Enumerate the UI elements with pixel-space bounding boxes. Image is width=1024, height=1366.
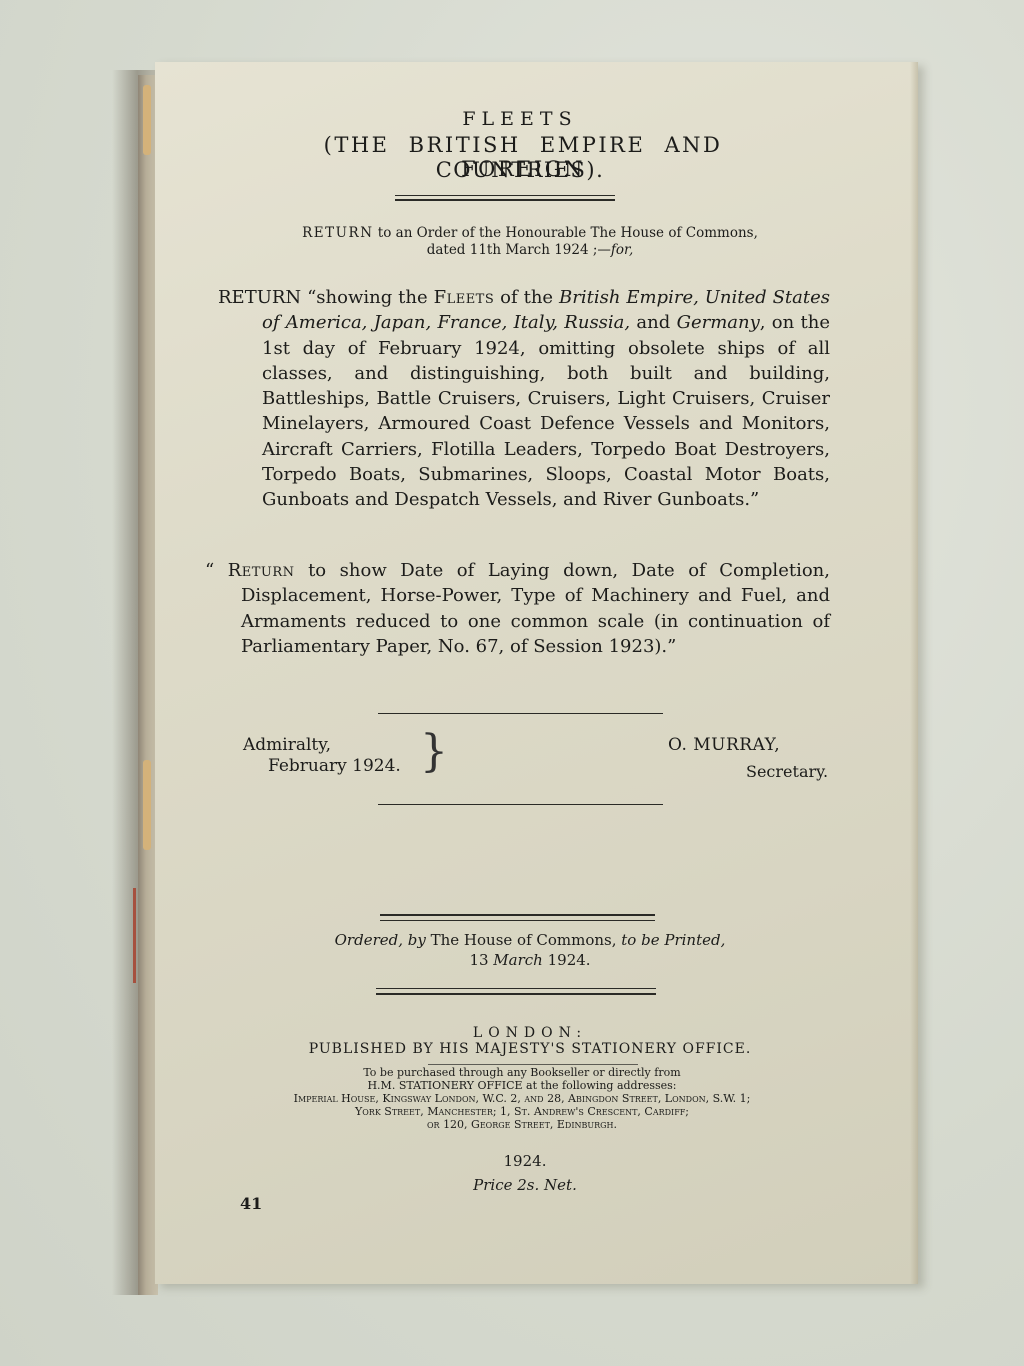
fleets-term: Fleets	[434, 287, 495, 308]
title-rule-thin	[395, 195, 615, 196]
address-line-1: To be purchased through any Bookseller o…	[212, 1066, 832, 1079]
order-text-2: dated 11th March 1924 ;—	[427, 242, 611, 258]
price: Price 2s. Net.	[420, 1176, 630, 1194]
ordered-day: 13	[469, 951, 493, 969]
return-body-2: to show Date of Laying down, Date of Com…	[241, 560, 830, 657]
ordered-month: March	[493, 951, 543, 969]
signature-place: Admiralty,	[243, 735, 331, 755]
signatory-role: Secretary.	[746, 762, 828, 782]
order-caps: RETURN	[302, 225, 373, 241]
document-title-line-3: COUNTRIES).	[300, 158, 740, 182]
ordered-printed: to be Printed,	[621, 931, 725, 949]
publisher-name: PUBLISHED BY HIS MAJESTY'S STATIONERY OF…	[260, 1041, 800, 1057]
publication-year: 1924.	[450, 1152, 600, 1170]
return-text: “showing the	[301, 287, 433, 308]
open-quote: “	[205, 560, 228, 581]
signatory-name: O. MURRAY,	[668, 735, 780, 755]
document-title-line-1: FLEETS	[300, 108, 740, 130]
signature-rule-top	[378, 713, 663, 714]
publisher-block: LONDON: PUBLISHED BY HIS MAJESTY'S STATI…	[260, 1025, 800, 1057]
ordered-statement: Ordered, by The House of Commons, to be …	[300, 930, 760, 970]
title-rule-thick	[395, 199, 615, 201]
signature-date: February 1924.	[268, 756, 401, 776]
return-body: , on the 1st day of February 1924, omitt…	[262, 312, 830, 510]
return-paragraph-2: “ Return to show Date of Laying down, Da…	[205, 558, 830, 659]
spine-tear	[143, 85, 151, 155]
ordered-rule-bottom-thick	[376, 993, 656, 995]
spine-tear	[143, 760, 151, 850]
ordered-by: Ordered, by	[335, 931, 426, 949]
return-paragraph-1: RETURN “showing the Fleets of the Britis…	[218, 285, 830, 513]
address-line-2: H.M. STATIONERY OFFICE at the following …	[212, 1079, 832, 1092]
ordered-rule-top-thick	[380, 914, 655, 916]
ordered-house: The House of Commons,	[426, 931, 621, 949]
signature-rule-bottom	[378, 804, 663, 805]
germany-term: Germany	[677, 312, 760, 333]
return-text: of the	[494, 287, 559, 308]
address-line-5: or 120, George Street, Edinburgh.	[212, 1118, 832, 1131]
return-lead-2: Return	[228, 560, 295, 581]
ordered-rule-bottom-thin	[376, 988, 656, 989]
ordered-year: 1924.	[543, 951, 591, 969]
brace-symbol: }	[420, 730, 448, 774]
order-for: for,	[611, 242, 633, 258]
publisher-rule	[428, 1064, 638, 1065]
spine-red-binding	[133, 888, 136, 983]
ordered-rule-top-thin	[380, 920, 655, 921]
return-text: and	[630, 312, 676, 333]
purchase-addresses: To be purchased through any Bookseller o…	[212, 1066, 832, 1131]
order-statement: RETURN to an Order of the Honourable The…	[250, 225, 810, 259]
page-number: 41	[240, 1194, 262, 1213]
address-line-4: York Street, Manchester; 1, St. Andrew's…	[212, 1105, 832, 1118]
order-text-1: to an Order of the Honourable The House …	[374, 225, 758, 241]
address-line-3: Imperial House, Kingsway London, W.C. 2,…	[212, 1092, 832, 1105]
return-lead: RETURN	[218, 287, 301, 308]
publisher-city: LONDON:	[260, 1025, 800, 1041]
